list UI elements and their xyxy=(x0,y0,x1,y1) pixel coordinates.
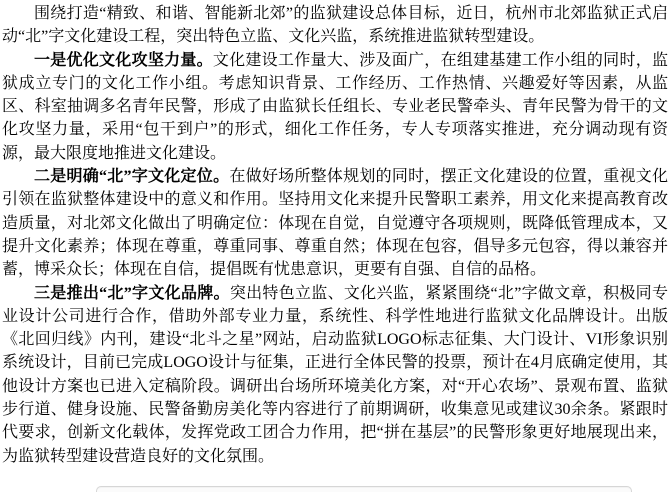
paragraph-point-1: 一是优化文化攻坚力量。文化建设工作量大、涉及面广，在组建基建工作小组的同时，监狱… xyxy=(2,49,668,165)
paragraph-point-2-lead: 二是明确“北”字文化定位。 xyxy=(34,168,229,185)
paragraph-point-3-text: 突出特色立监、文化兴监，紧紧围绕“北”字做文章，积极同专业设计公司进行合作，借助… xyxy=(2,285,668,465)
paragraph-intro: 围绕打造“精致、和谐、智能新北郊”的监狱建设总体目标，近日，杭州市北郊监狱正式启… xyxy=(2,2,668,49)
article-body: 围绕打造“精致、和谐、智能新北郊”的监狱建设总体目标，近日，杭州市北郊监狱正式启… xyxy=(2,2,668,468)
paragraph-point-3-lead: 三是推出“北”字文化品牌。 xyxy=(34,285,230,302)
paragraph-intro-text: 围绕打造“精致、和谐、智能新北郊”的监狱建设总体目标，近日，杭州市北郊监狱正式启… xyxy=(2,5,668,45)
paragraph-point-1-lead: 一是优化文化攻坚力量。 xyxy=(34,52,213,69)
paragraph-point-3: 三是推出“北”字文化品牌。突出特色立监、文化兴监，紧紧围绕“北”字做文章，积极同… xyxy=(2,282,668,468)
paragraph-point-2: 二是明确“北”字文化定位。在做好场所整体规划的同时，摆正文化建设的位置，重视文化… xyxy=(2,165,668,281)
horizontal-scrollbar[interactable] xyxy=(96,486,632,492)
